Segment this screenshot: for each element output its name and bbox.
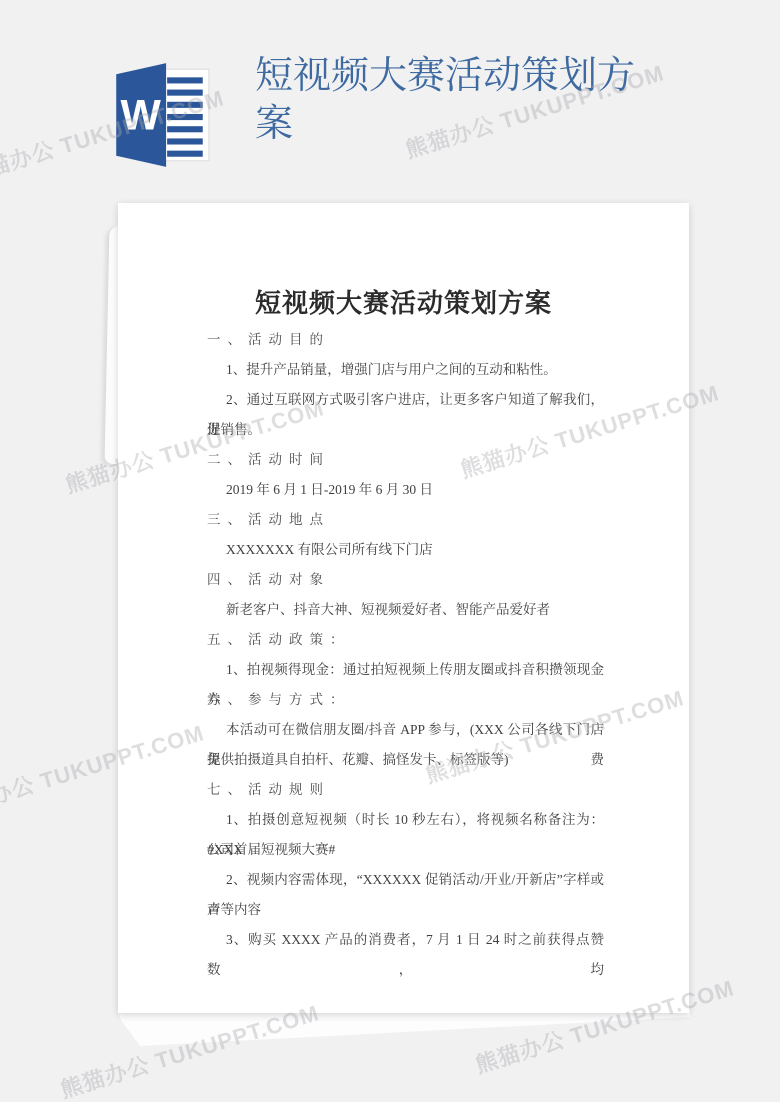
document-title: 短视频大赛活动策划方案 xyxy=(118,283,689,320)
site-header: W 短视频大赛活动策划方案 xyxy=(0,0,780,190)
document-line: 1、拍视频得现金：通过拍短视频上传朋友圈或抖音积攒领现金券 xyxy=(207,655,604,685)
document-line: 六、参与方式： xyxy=(207,685,604,715)
back-sheet-bottom xyxy=(116,1008,692,1050)
document-page[interactable]: 短视频大赛活动策划方案 一、活动目的1、提升产品销量，增强门店与用户之间的互动和… xyxy=(118,203,689,1013)
document-line: 三、活动地点 xyxy=(207,505,604,535)
document-line: 新老客户、抖音大神、短视频爱好者、智能产品爱好者 xyxy=(207,595,604,625)
document-line: 2、通过互联网方式吸引客户进店，让更多客户知道了解我们，促 xyxy=(207,385,604,415)
document-line: 2、视频内容需体现，“XXXXXX 促销活动/开业/开新店”字样或声 xyxy=(207,865,604,895)
document-line: 2019 年 6 月 1 日-2019 年 6 月 30 日 xyxy=(207,475,604,505)
document-line: 1、提升产品销量，增强门店与用户之间的互动和粘性。 xyxy=(207,355,604,385)
document-line: 公司首届短视频大赛# xyxy=(207,835,604,865)
document-line: 五、活动政策： xyxy=(207,625,604,655)
document-line: XXXXXXX 有限公司所有线下门店 xyxy=(207,535,604,565)
document-line: 音等内容 xyxy=(207,895,604,925)
document-line: 3、购买 XXXX 产品的消费者，7 月 1 日 24 时之前获得点赞数，均 xyxy=(207,925,604,955)
svg-text:W: W xyxy=(120,91,161,139)
document-line: 七、活动规则 xyxy=(207,775,604,805)
word-file-icon: W xyxy=(103,58,217,172)
document-body: 一、活动目的1、提升产品销量，增强门店与用户之间的互动和粘性。2、通过互联网方式… xyxy=(207,325,604,955)
document-line: 1、拍摄创意短视频（时长 10 秒左右），将视频名称备注为：#XXX xyxy=(207,805,604,835)
page-title: 短视频大赛活动策划方案 xyxy=(255,52,650,148)
document-line: 二、活动时间 xyxy=(207,445,604,475)
document-line: 本活动可在微信朋友圈/抖音 APP 参与，(XXX 公司各线下门店免费 xyxy=(207,715,604,745)
document-line: 四、活动对象 xyxy=(207,565,604,595)
document-line: 一、活动目的 xyxy=(207,325,604,355)
document-line: 进销售。 xyxy=(207,415,604,445)
